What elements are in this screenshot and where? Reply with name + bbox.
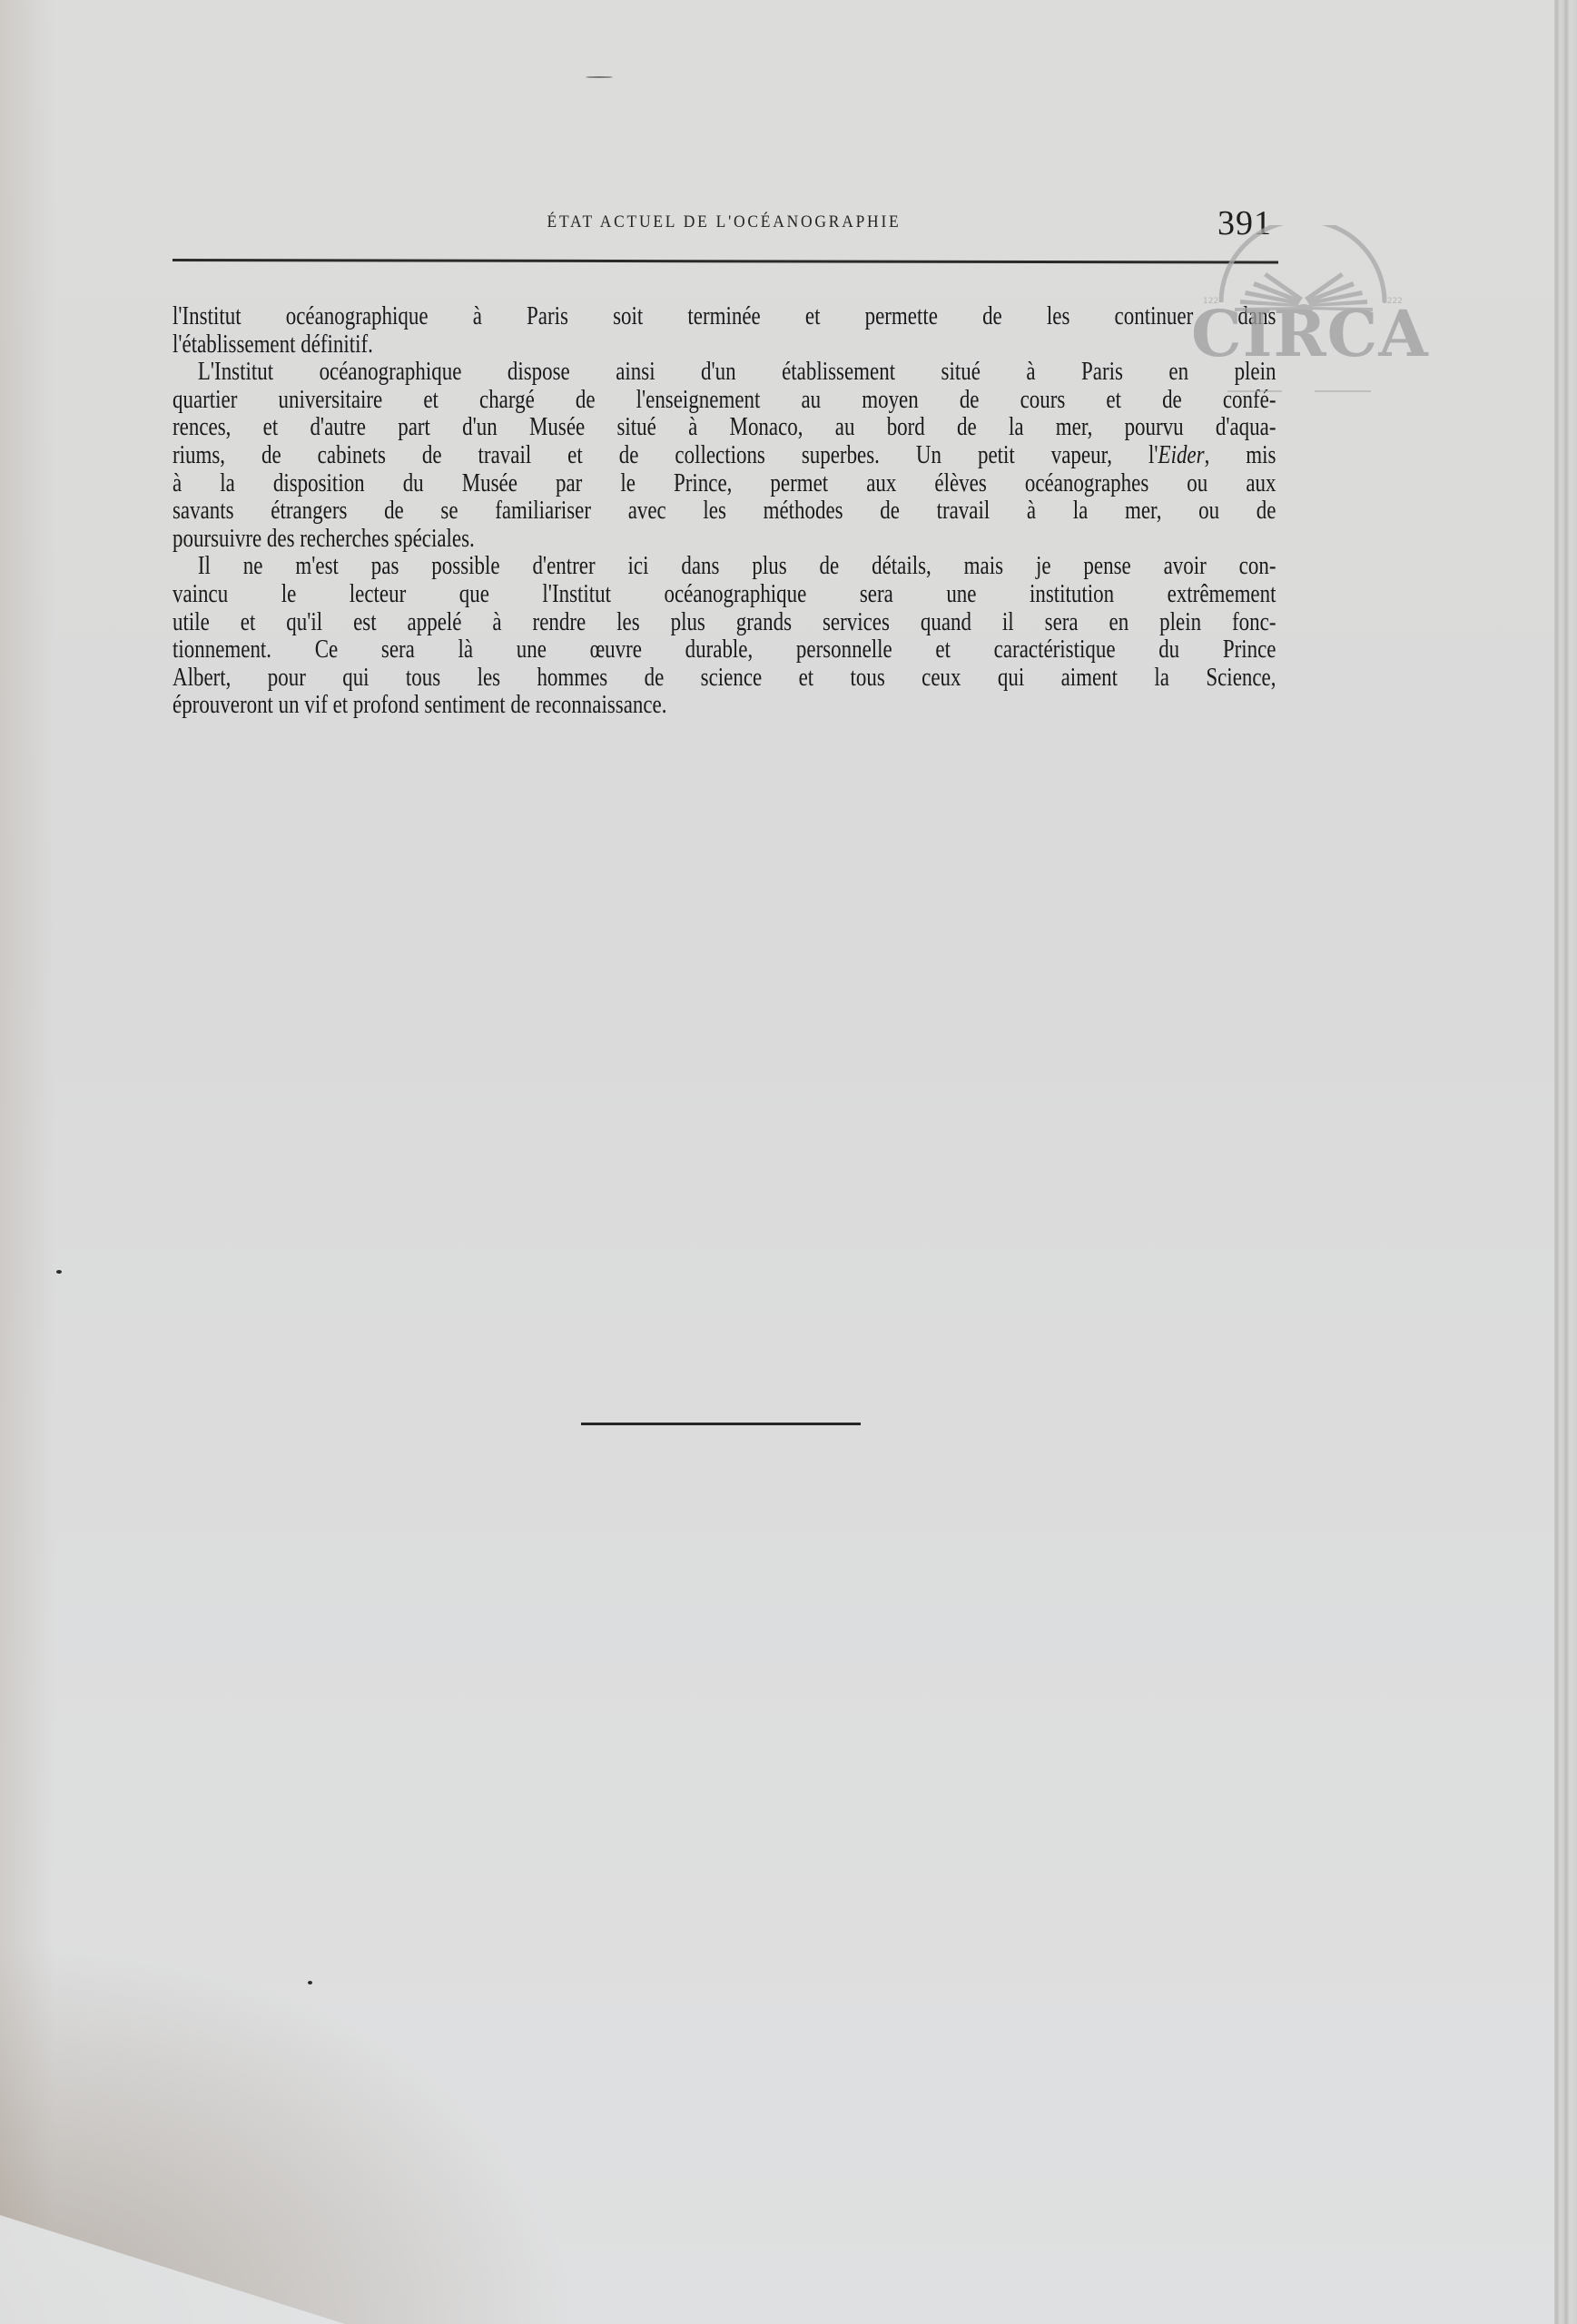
text-line: tionnement. Ce sera là une œuvre durable…: [172, 636, 1276, 665]
watermark-right-mark: 1222: [1382, 297, 1403, 306]
header-rule: [172, 259, 1278, 264]
text-line: l'Institut océanographique à Paris soit …: [172, 303, 1276, 331]
book-page: ÉTAT ACTUEL DE L'OCÉANOGRAPHIE 391 l'Ins…: [0, 0, 1554, 2324]
paper-speck: [308, 1981, 312, 1984]
text-line: éprouveront un vif et profond sentiment …: [172, 692, 1276, 720]
body-text: l'Institut océanographique à Paris soit …: [172, 303, 1276, 720]
paragraph-1: l'Institut océanographique à Paris soit …: [172, 303, 1276, 359]
text-line: Il ne m'est pas possible d'entrer ici da…: [172, 553, 1276, 581]
text-line: Albert, pour qui tous les hommes de scie…: [172, 665, 1276, 693]
text-line: rences, et d'autre part d'un Musée situé…: [172, 414, 1276, 442]
text-line: poursuivre des recherches spéciales.: [172, 526, 1276, 554]
ship-name: Eider: [1158, 441, 1205, 469]
paragraph-3: Il ne m'est pas possible d'entrer ici da…: [172, 553, 1276, 720]
running-header: ÉTAT ACTUEL DE L'OCÉANOGRAPHIE 391: [172, 207, 1276, 243]
end-of-section-rule: [581, 1423, 861, 1425]
page-corner-shadow: [0, 2215, 345, 2324]
running-header-title: ÉTAT ACTUEL DE L'OCÉANOGRAPHIE: [217, 212, 1232, 232]
text-line: quartier universitaire et chargé de l'en…: [172, 387, 1276, 415]
text-line: riums, de cabinets de travail et de coll…: [172, 442, 1276, 470]
text-line: L'Institut océanographique dispose ainsi…: [172, 359, 1276, 387]
paper-speck: [56, 1270, 62, 1274]
page-edge: [1554, 0, 1577, 2324]
text-line: l'établissement définitif.: [172, 331, 1276, 359]
paragraph-2: L'Institut océanographique dispose ainsi…: [172, 359, 1276, 553]
page-number: 391: [1217, 203, 1272, 243]
text-line: vaincu le lecteur que l'Institut océanog…: [172, 581, 1276, 609]
paper-mark: [586, 76, 613, 78]
text-line: savants étrangers de se familiariser ave…: [172, 497, 1276, 526]
text-line: utile et qu'il est appelé à rendre les p…: [172, 609, 1276, 637]
text-line: à la disposition du Musée par le Prince,…: [172, 470, 1276, 498]
